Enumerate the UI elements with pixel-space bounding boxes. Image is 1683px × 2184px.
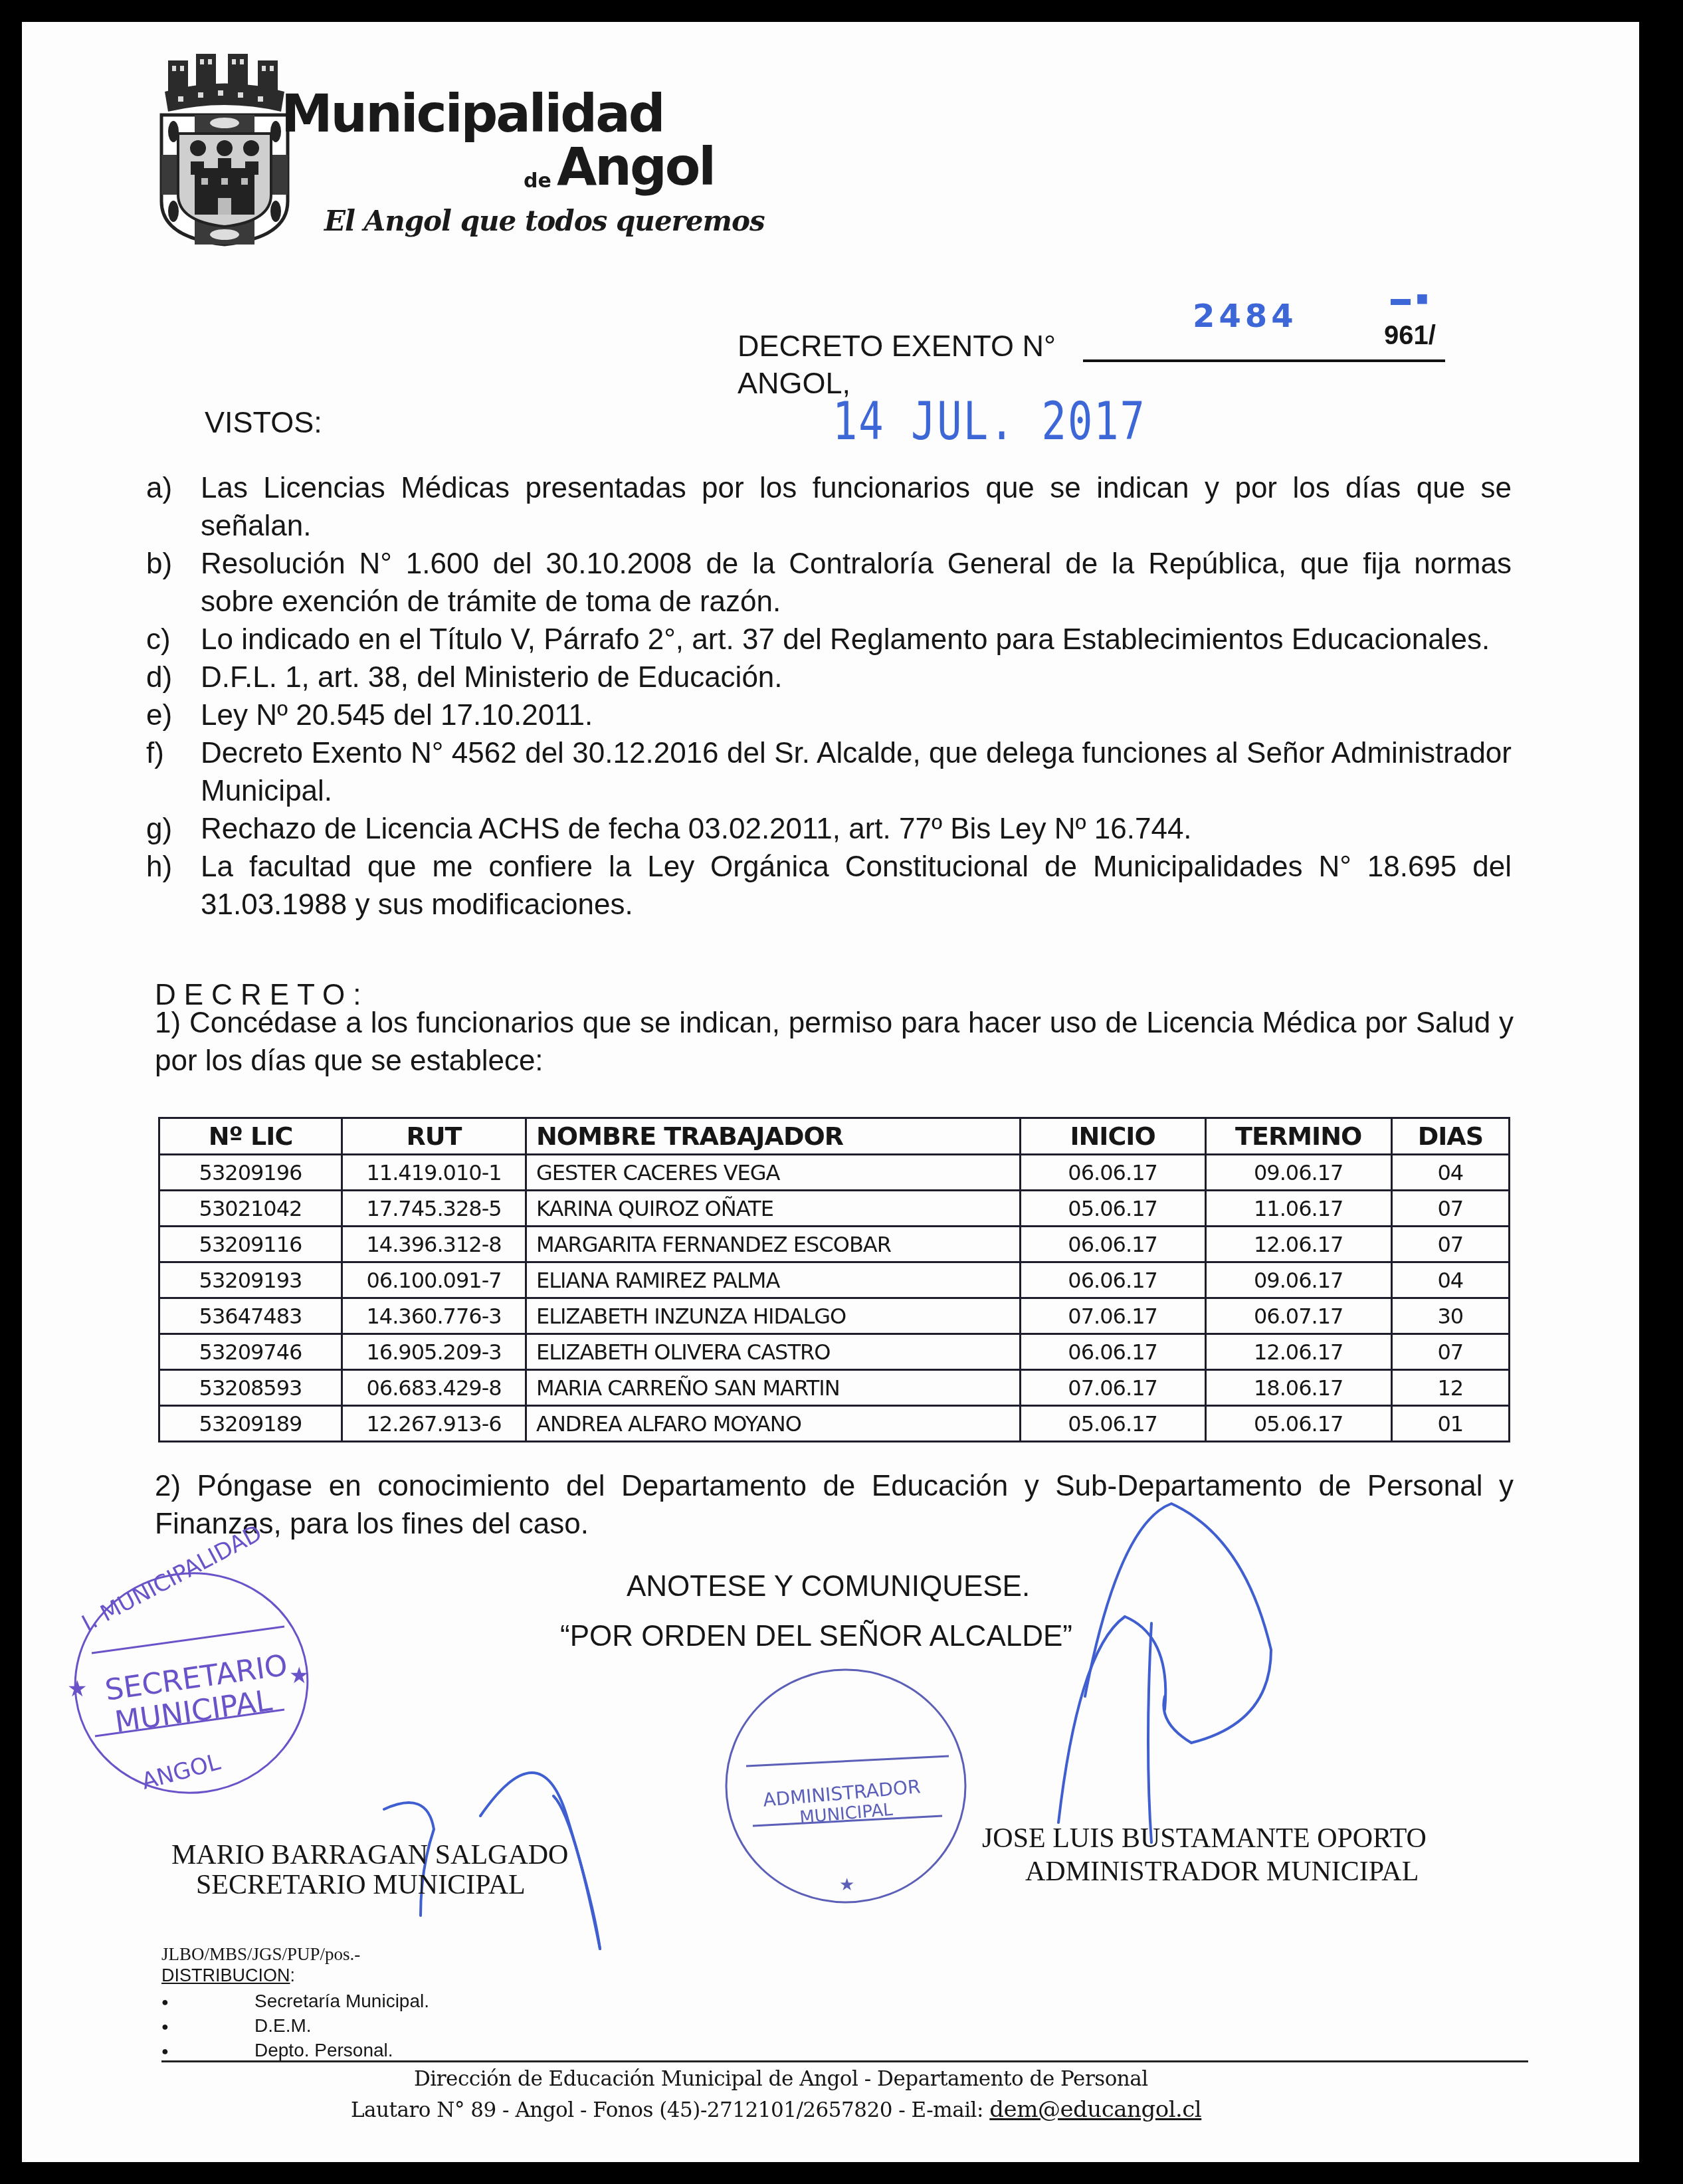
medical-leave-table: Nº LIC RUT NOMBRE TRABAJADOR INICIO TERM… — [158, 1117, 1510, 1442]
vistos-item-label: b) — [146, 545, 172, 583]
cell-inicio: 05.06.17 — [1020, 1406, 1205, 1442]
cell-dias: 04 — [1391, 1155, 1509, 1191]
vistos-item-text: Rechazo de Licencia ACHS de fecha 03.02.… — [201, 813, 1192, 845]
cell-dias: 04 — [1391, 1262, 1509, 1298]
distribution-item: Depto. Personal. — [161, 2038, 429, 2062]
cell-lic: 53208593 — [159, 1370, 342, 1406]
vistos-item-text: Decreto Exento N° 4562 del 30.12.2016 de… — [201, 737, 1512, 807]
svg-text:★: ★ — [67, 1676, 87, 1702]
cell-inicio: 07.06.17 — [1020, 1370, 1205, 1406]
closing-line-1: ANOTESE Y COMUNIQUESE. — [627, 1570, 1030, 1603]
cell-termino: 06.07.17 — [1205, 1298, 1391, 1334]
cell-dias: 07 — [1391, 1334, 1509, 1370]
cell-inicio: 06.06.17 — [1020, 1334, 1205, 1370]
table-row: 5302104217.745.328-5KARINA QUIROZ OÑATE0… — [159, 1191, 1510, 1227]
cell-lic: 53209193 — [159, 1262, 342, 1298]
article-1: 1) Concédase a los funcionarios que se i… — [155, 1004, 1514, 1080]
table-body: 5320919611.419.010-1GESTER CACERES VEGA0… — [159, 1155, 1510, 1442]
vistos-item: g)Rechazo de Licencia ACHS de fecha 03.0… — [146, 810, 1512, 848]
secretary-stamp-icon — [61, 1558, 322, 1807]
vistos-item-label: c) — [146, 621, 171, 658]
table-row: 5320859306.683.429-8MARIA CARREÑO SAN MA… — [159, 1370, 1510, 1406]
cell-name: MARIA CARREÑO SAN MARTIN — [526, 1370, 1021, 1406]
column-header-inicio: INICIO — [1020, 1118, 1205, 1155]
cell-dias: 07 — [1391, 1227, 1509, 1262]
secretary-stamp-middle1: SECRETARIO — [103, 1648, 290, 1708]
column-header-rut: RUT — [342, 1118, 526, 1155]
vistos-item-label: a) — [146, 469, 172, 507]
vistos-item: b)Resolución N° 1.600 del 30.10.2008 de … — [146, 545, 1512, 621]
vistos-item: f)Decreto Exento N° 4562 del 30.12.2016 … — [146, 734, 1512, 810]
cell-dias: 07 — [1391, 1191, 1509, 1227]
column-header-name: NOMBRE TRABAJADOR — [526, 1118, 1021, 1155]
municipal-coat-of-arms-icon — [148, 49, 301, 248]
vistos-title: VISTOS: — [205, 405, 322, 440]
footer-address: Lautaro N° 89 - Angol - Fonos (45)-27121… — [351, 2098, 989, 2122]
vistos-item: h)La facultad que me confiere la Ley Org… — [146, 848, 1512, 924]
cell-rut: 12.267.913-6 — [342, 1406, 526, 1442]
cell-lic: 53021042 — [159, 1191, 342, 1227]
cell-lic: 53209746 — [159, 1334, 342, 1370]
administrator-stamp-icon — [726, 1670, 965, 1902]
vistos-item-label: e) — [146, 696, 172, 734]
footer-email-link[interactable]: dem@educangol.cl — [989, 2096, 1201, 2123]
cell-rut: 14.360.776-3 — [342, 1298, 526, 1334]
cell-rut: 16.905.209-3 — [342, 1334, 526, 1370]
cell-lic: 53209116 — [159, 1227, 342, 1262]
left-signatory-name: MARIO BARRAGAN SALGADO — [171, 1839, 568, 1871]
vistos-item-label: g) — [146, 810, 172, 848]
table-row: 5320918912.267.913-6ANDREA ALFARO MOYANO… — [159, 1406, 1510, 1442]
cell-name: ELIZABETH INZUNZA HIDALGO — [526, 1298, 1021, 1334]
closing-line-2: “POR ORDEN DEL SEÑOR ALCALDE” — [560, 1620, 1072, 1653]
cell-rut: 06.100.091-7 — [342, 1262, 526, 1298]
date-stamp: 14 JUL. 2017 — [833, 391, 1146, 451]
document-page: Municipalidad de Angol El Angol que todo… — [22, 22, 1639, 2162]
decree-number-line — [1083, 359, 1445, 362]
distribution-title-text: DISTRIBUCION — [161, 1965, 290, 1985]
cell-lic: 53209189 — [159, 1406, 342, 1442]
vistos-item-text: Las Licencias Médicas presentadas por lo… — [201, 472, 1512, 542]
secretary-stamp-middle2: MUNICIPAL — [113, 1684, 274, 1739]
cell-name: GESTER CACERES VEGA — [526, 1155, 1021, 1191]
vistos-item-label: f) — [146, 734, 164, 772]
distribution-item: Secretaría Municipal. — [161, 1989, 429, 2013]
cell-rut: 11.419.010-1 — [342, 1155, 526, 1191]
svg-text:★: ★ — [839, 1875, 854, 1895]
cell-inicio: 06.06.17 — [1020, 1227, 1205, 1262]
cell-termino: 18.06.17 — [1205, 1370, 1391, 1406]
administrator-stamp-middle2: MUNICIPAL — [799, 1800, 894, 1828]
vistos-item-label: h) — [146, 848, 172, 886]
footer-contact: Lautaro N° 89 - Angol - Fonos (45)-27121… — [351, 2096, 1201, 2123]
table-row: 5320974616.905.209-3ELIZABETH OLIVERA CA… — [159, 1334, 1510, 1370]
cell-termino: 12.06.17 — [1205, 1334, 1391, 1370]
table-row: 5320919611.419.010-1GESTER CACERES VEGA0… — [159, 1155, 1510, 1191]
cell-inicio: 05.06.17 — [1020, 1191, 1205, 1227]
distribution-item: D.E.M. — [161, 2013, 429, 2038]
cell-dias: 30 — [1391, 1298, 1509, 1334]
cell-name: ELIANA RAMIREZ PALMA — [526, 1262, 1021, 1298]
left-signatory-title: SECRETARIO MUNICIPAL — [196, 1869, 526, 1901]
brand-slogan: El Angol que todos queremos — [324, 205, 765, 237]
vistos-item: e)Ley Nº 20.545 del 17.10.2011. — [146, 696, 1512, 734]
table-row: 5320911614.396.312-8MARGARITA FERNANDEZ … — [159, 1227, 1510, 1262]
brand-title: Municipalidad — [281, 88, 664, 140]
table-header-row: Nº LIC RUT NOMBRE TRABAJADOR INICIO TERM… — [159, 1118, 1510, 1155]
cell-name: KARINA QUIROZ OÑATE — [526, 1191, 1021, 1227]
vistos-item-text: La facultad que me confiere la Ley Orgán… — [201, 850, 1512, 921]
decree-printed-number: 961/ — [1384, 321, 1436, 351]
brand-angol: Angol — [557, 142, 714, 193]
vistos-item-text: Lo indicado en el Título V, Párrafo 2°, … — [201, 623, 1490, 656]
cell-termino: 11.06.17 — [1205, 1191, 1391, 1227]
cell-inicio: 06.06.17 — [1020, 1155, 1205, 1191]
column-header-lic: Nº LIC — [159, 1118, 342, 1155]
vistos-item-label: d) — [146, 658, 172, 696]
footer-department: Dirección de Educación Municipal de Ango… — [414, 2067, 1148, 2091]
column-header-dias: DIAS — [1391, 1118, 1509, 1155]
vistos-item-text: Resolución N° 1.600 del 30.10.2008 de la… — [201, 547, 1512, 618]
cell-termino: 09.06.17 — [1205, 1262, 1391, 1298]
document-initials: JLBO/MBS/JGS/PUP/pos.- — [161, 1944, 360, 1965]
footer-divider — [161, 2060, 1528, 2062]
column-header-termino: TERMINO — [1205, 1118, 1391, 1155]
table-row: 5364748314.360.776-3ELIZABETH INZUNZA HI… — [159, 1298, 1510, 1334]
cell-name: ANDREA ALFARO MOYANO — [526, 1406, 1021, 1442]
cell-rut: 14.396.312-8 — [342, 1227, 526, 1262]
brand-de: de — [524, 169, 551, 193]
cell-termino: 12.06.17 — [1205, 1227, 1391, 1262]
distribution-list: Secretaría Municipal. D.E.M. Depto. Pers… — [161, 1989, 429, 2062]
vistos-item: a)Las Licencias Médicas presentadas por … — [146, 469, 1512, 545]
decree-number-stamp: 2484 — [1193, 298, 1298, 335]
secretary-stamp-bottom: ANGOL — [139, 1749, 223, 1795]
vistos-item-text: D.F.L. 1, art. 38, del Ministerio de Edu… — [201, 661, 783, 694]
cell-rut: 06.683.429-8 — [342, 1370, 526, 1406]
cell-lic: 53209196 — [159, 1155, 342, 1191]
cell-termino: 09.06.17 — [1205, 1155, 1391, 1191]
cell-inicio: 06.06.17 — [1020, 1262, 1205, 1298]
vistos-item-text: Ley Nº 20.545 del 17.10.2011. — [201, 699, 593, 732]
cell-lic: 53647483 — [159, 1298, 342, 1334]
right-signatory-name: JOSE LUIS BUSTAMANTE OPORTO — [982, 1823, 1427, 1854]
cell-name: ELIZABETH OLIVERA CASTRO — [526, 1334, 1021, 1370]
vistos-item: c)Lo indicado en el Título V, Párrafo 2°… — [146, 621, 1512, 658]
right-signatory-title: ADMINISTRADOR MUNICIPAL — [1025, 1856, 1419, 1888]
cell-inicio: 07.06.17 — [1020, 1298, 1205, 1334]
decree-label: DECRETO EXENTO N° — [738, 329, 1056, 363]
administrator-stamp-middle1: ADMINISTRADOR — [762, 1775, 922, 1811]
cell-dias: 12 — [1391, 1370, 1509, 1406]
svg-text:★: ★ — [289, 1662, 309, 1689]
vistos-item: d)D.F.L. 1, art. 38, del Ministerio de E… — [146, 658, 1512, 696]
table-row: 5320919306.100.091-7ELIANA RAMIREZ PALMA… — [159, 1262, 1510, 1298]
cell-name: MARGARITA FERNANDEZ ESCOBAR — [526, 1227, 1021, 1262]
article-2: 2) Póngase en conocimiento del Departame… — [155, 1467, 1514, 1543]
cell-rut: 17.745.328-5 — [342, 1191, 526, 1227]
stamp-mark-icon: ▬ ■ — [1391, 288, 1428, 310]
cell-termino: 05.06.17 — [1205, 1406, 1391, 1442]
cell-dias: 01 — [1391, 1406, 1509, 1442]
vistos-list: a)Las Licencias Médicas presentadas por … — [146, 469, 1512, 924]
distribution-title: DISTRIBUCION: — [161, 1965, 295, 1986]
